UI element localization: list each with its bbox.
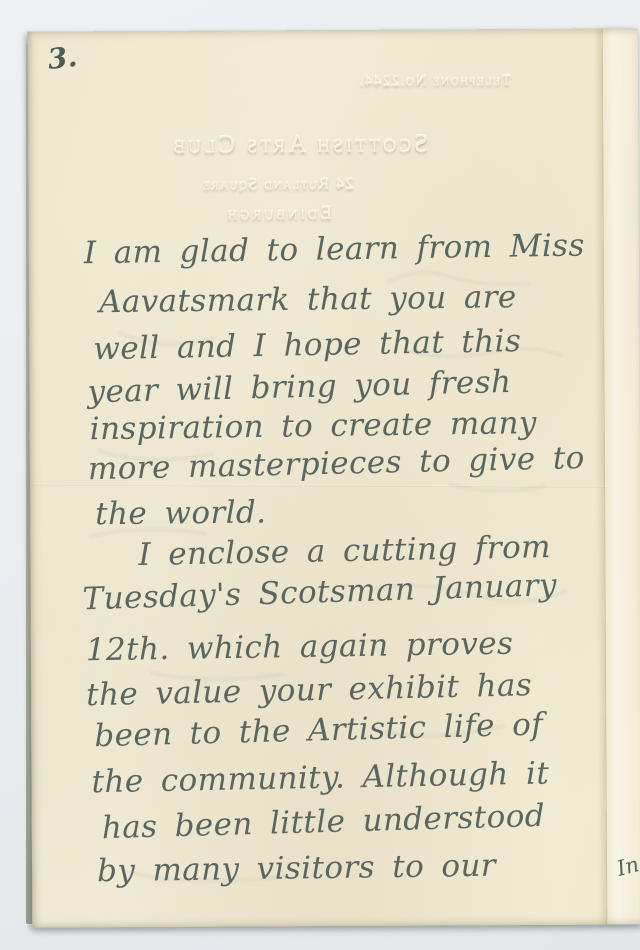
handwriting-line: well and I hope that this (93, 323, 522, 367)
handwriting-line: been to the Artistic life of (94, 707, 544, 755)
handwriting-line: I am glad to learn from Miss (84, 227, 586, 271)
handwriting-line: year will bring you fresh (87, 364, 512, 410)
handwriting-line: inspiration to create many (89, 405, 537, 447)
fold-crease-strip (602, 28, 640, 924)
page-number: 3. (46, 40, 79, 76)
handwriting-line: by many visitors to our (97, 848, 496, 890)
handwriting-line: the world. (95, 494, 267, 532)
letter-photo-scene: 3. Telephone No.2244. Scottish Arts Club… (0, 0, 640, 950)
letter-page: 3. Telephone No.2244. Scottish Arts Club… (28, 28, 640, 927)
handwriting-line: has been little understood (101, 798, 545, 846)
handwriting-line: Tuesday's Scotsman January (82, 567, 557, 617)
handwriting-line: the value your exhibit has (86, 667, 533, 713)
handwriting-line: more masterpieces to give to (88, 440, 586, 487)
handwriting-line: I enclose a cutting from (138, 529, 551, 573)
adjacent-page-ink-fragment: In (614, 852, 640, 881)
letterhead-city-mirrored: Edinburgh (225, 203, 332, 226)
handwriting-line: 12th. which again proves (86, 626, 514, 669)
letterhead-telephone-mirrored: Telephone No.2244. (358, 73, 511, 91)
handwriting-line: the community. Although it (91, 755, 549, 800)
letterhead-address-mirrored: 24 Rutland Square (201, 176, 353, 195)
handwriting-line: Aavatsmark that you are (99, 279, 517, 320)
letterhead-club-name-mirrored: Scottish Arts Club (170, 131, 428, 160)
